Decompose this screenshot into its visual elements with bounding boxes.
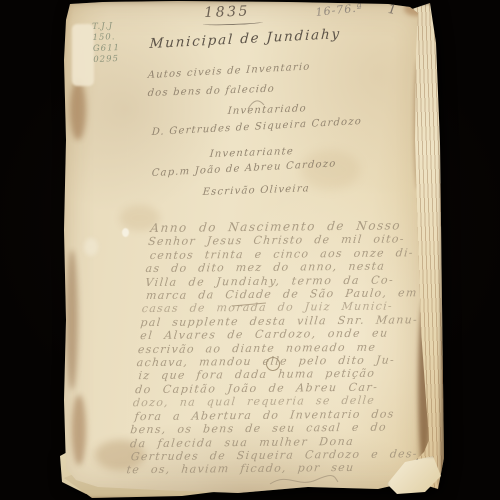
archive-stamp: T.J.J150.G6110295 bbox=[92, 21, 121, 66]
repair-tape bbox=[72, 24, 94, 86]
case-heading-line-5: Inventariante bbox=[209, 146, 294, 160]
document-title: Municipal de Jundiahy bbox=[149, 26, 341, 52]
photo-background: T.J.J150.G6110295 1835 16-76.ª 1 Municip… bbox=[0, 0, 500, 500]
stain bbox=[66, 250, 78, 390]
folio-number: 1 bbox=[387, 2, 397, 18]
manuscript-book: T.J.J150.G6110295 1835 16-76.ª 1 Municip… bbox=[0, 0, 500, 500]
case-heading-line-7: Escrivão Oliveira bbox=[202, 183, 310, 198]
archive-stamp-line-4: 0295 bbox=[93, 54, 120, 66]
stain bbox=[72, 395, 86, 465]
case-heading-line-4: D. Gertrudes de Siqueira Cardozo bbox=[151, 116, 362, 138]
case-heading-line-6: Cap.m João de Abreu Cardozo bbox=[151, 158, 336, 179]
case-heading-line-1: Autos civeis de Inventario bbox=[147, 61, 310, 81]
body-text: Anno do Nascimento de NossoSenhor Jesus … bbox=[126, 219, 436, 477]
year-heading: 1835 bbox=[204, 3, 250, 21]
case-heading-line-3: Inventariado bbox=[227, 103, 307, 117]
manuscript-page: T.J.J150.G6110295 1835 16-76.ª 1 Municip… bbox=[58, 0, 432, 497]
end-flourish bbox=[268, 474, 340, 488]
year-underline-flourish bbox=[203, 20, 263, 26]
reference-number: 16-76.ª bbox=[315, 1, 364, 19]
worn-patch bbox=[84, 238, 98, 256]
stain bbox=[70, 80, 86, 140]
paper-flake bbox=[122, 228, 129, 237]
